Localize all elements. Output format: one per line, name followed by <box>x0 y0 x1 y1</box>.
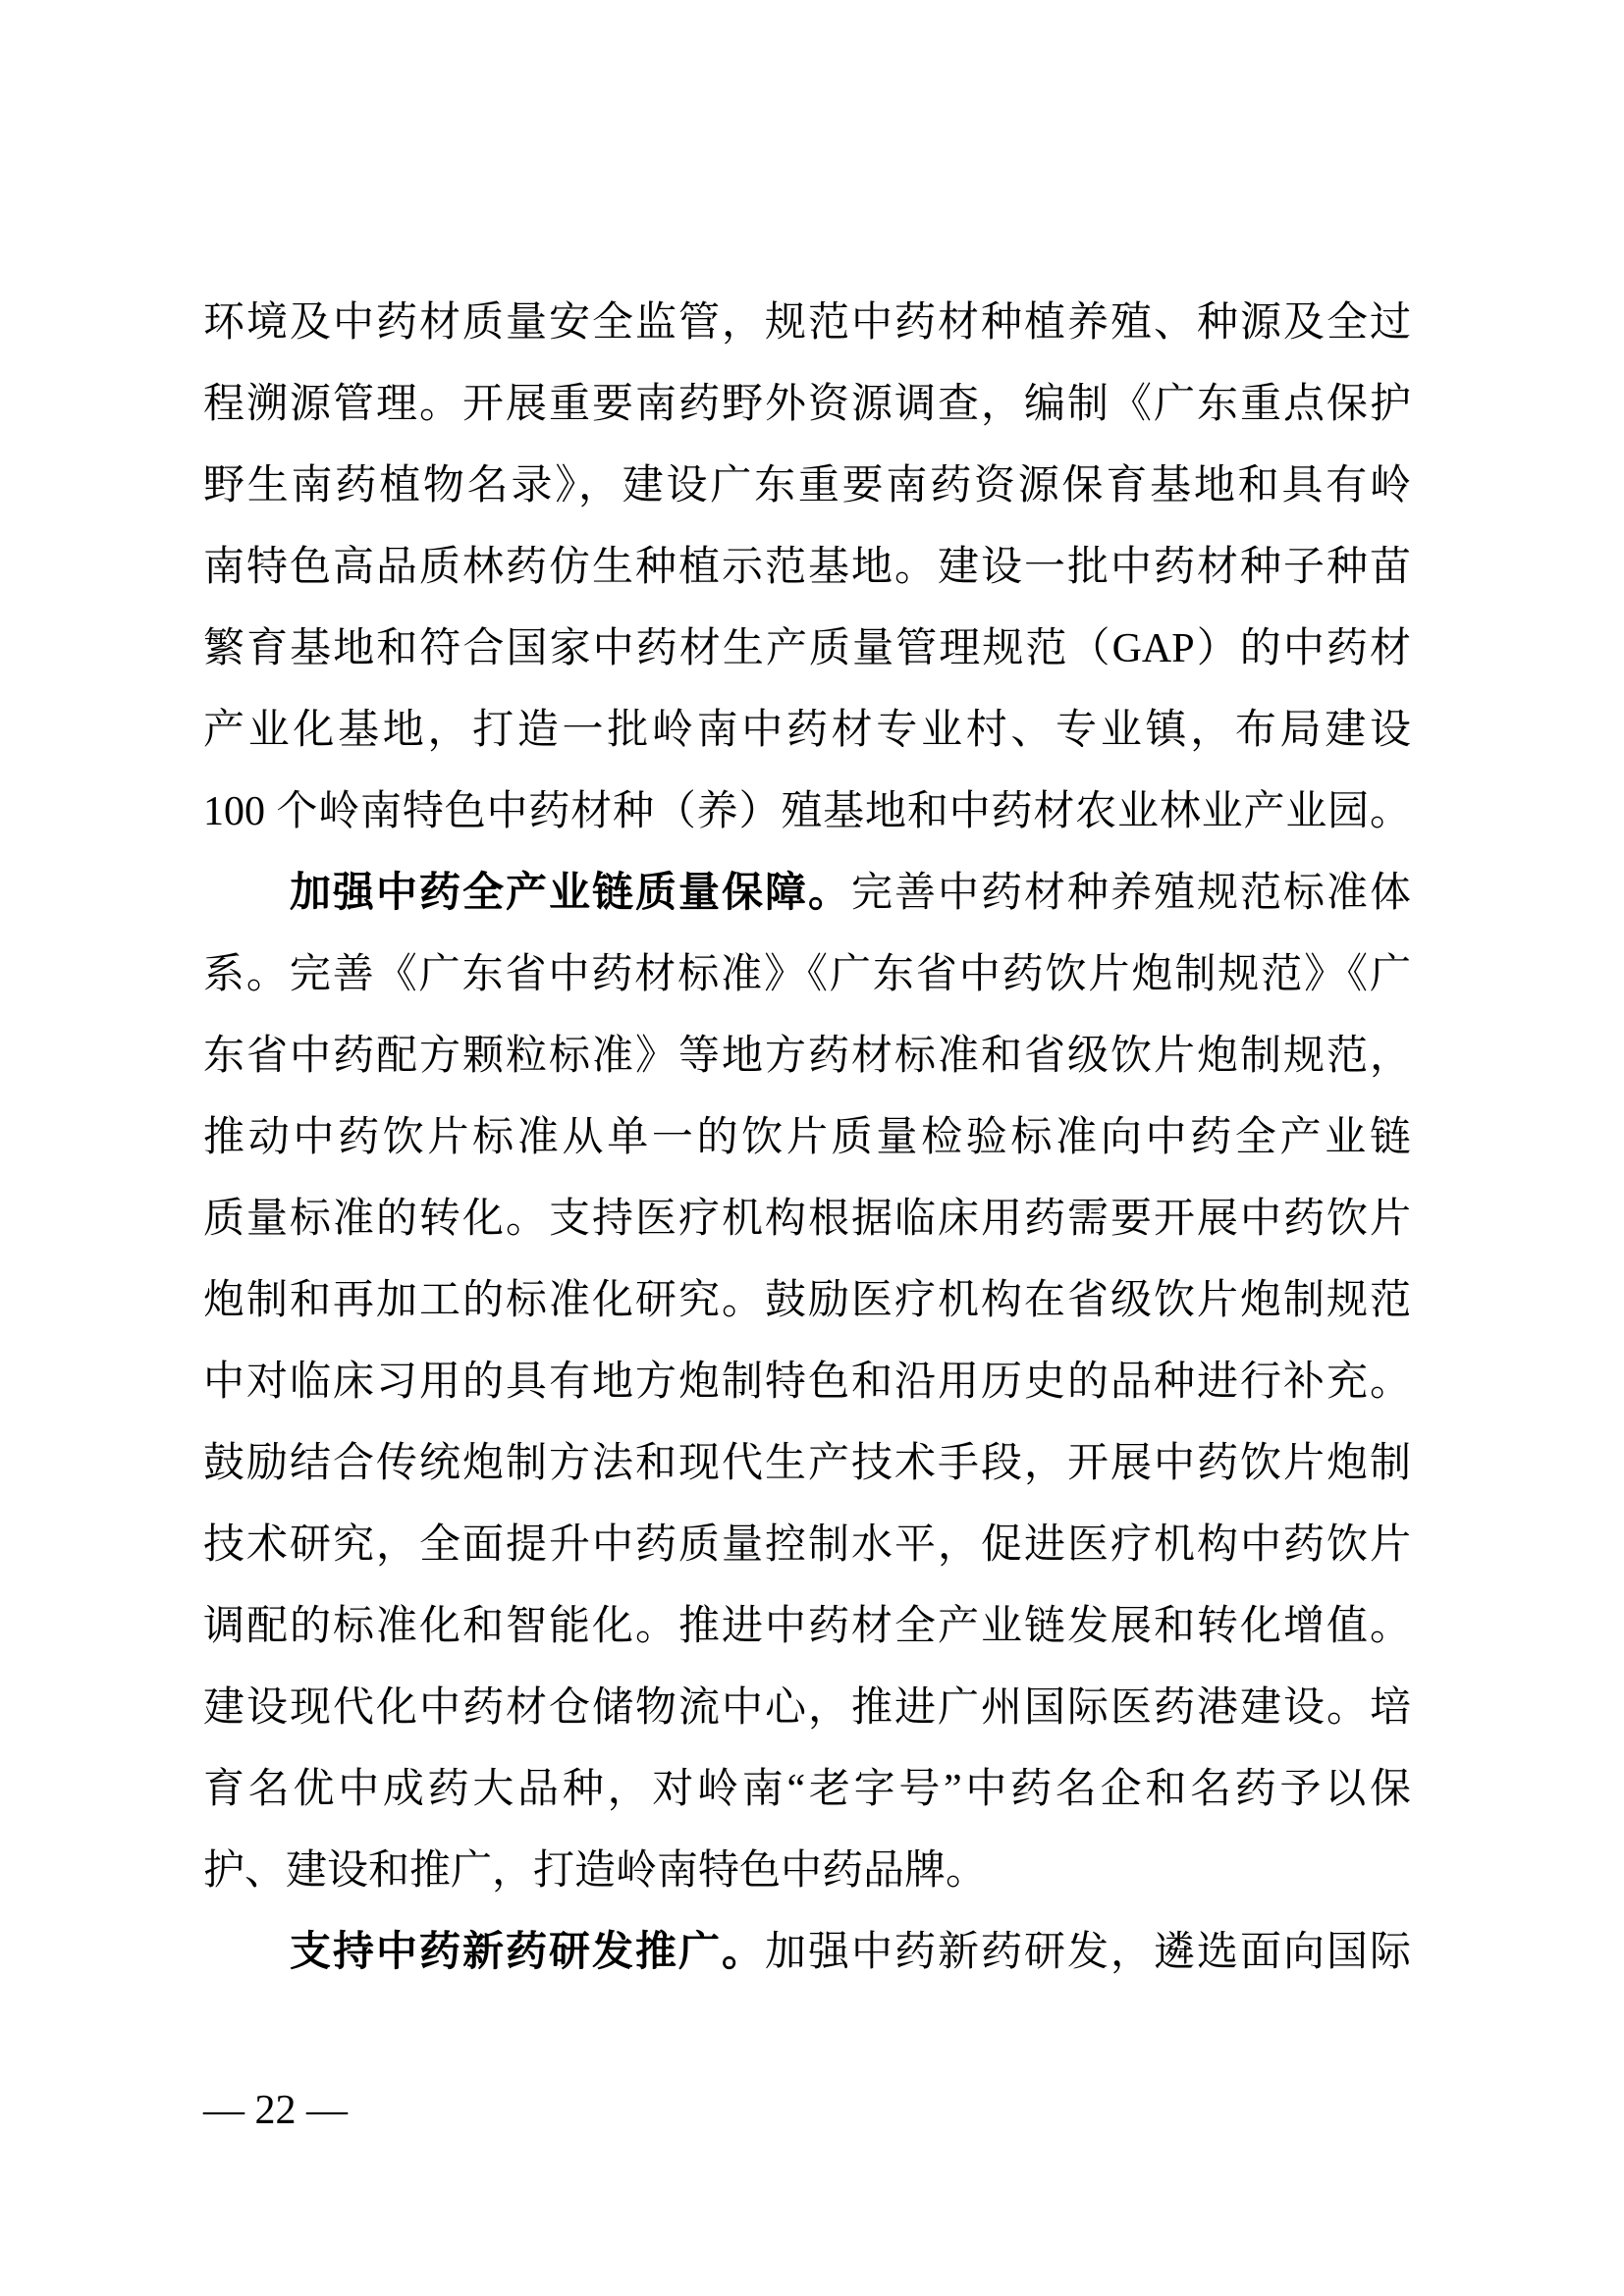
text-line: 鼓励结合传统炮制方法和现代生产技术手段，开展中药饮片炮制 <box>203 1423 1411 1505</box>
text-line: 炮制和再加工的标准化研究。鼓励医疗机构在省级饮片炮制规范 <box>203 1260 1411 1342</box>
text-run: 建设现代化中药材仓储物流中心，推进广州国际医药港建设。培 <box>203 1685 1411 1731</box>
text-run: 鼓励结合传统炮制方法和现代生产技术手段，开展中药饮片炮制 <box>203 1441 1411 1486</box>
document-body: 环境及中药材质量安全监管，规范中药材种植养殖、种源及全过程溯源管理。开展重要南药… <box>203 283 1411 1994</box>
text-run: 繁育基地和符合国家中药材生产质量管理规范（GAP）的中药材 <box>203 626 1411 671</box>
text-run: 护、建设和推广，打造岭南特色中药品牌。 <box>203 1848 987 1894</box>
page-number: — 22 — <box>203 2088 348 2133</box>
text-line: 产业化基地，打造一批岭南中药材专业村、专业镇，布局建设 <box>203 690 1411 772</box>
text-run: 野生南药植物名录》，建设广东重要南药资源保育基地和具有岭 <box>203 463 1411 508</box>
document-page: 环境及中药材质量安全监管，规范中药材种植养殖、种源及全过程溯源管理。开展重要南药… <box>0 0 1624 2296</box>
text-run: 育名优中成药大品种，对岭南“老字号”中药名企和名药予以保 <box>203 1767 1411 1812</box>
text-run: 加强中药新药研发，遴选面向国际 <box>765 1930 1411 1975</box>
text-line: 支持中药新药研发推广。加强中药新药研发，遴选面向国际 <box>203 1912 1411 1994</box>
text-run: 产业化基地，打造一批岭南中药材专业村、专业镇，布局建设 <box>203 708 1411 753</box>
text-run: 系。完善《广东省中药材标准》《广东省中药饮片炮制规范》《广 <box>203 952 1411 997</box>
text-run: 中对临床习用的具有地方炮制特色和沿用历史的品种进行补充。 <box>203 1360 1411 1405</box>
text-line: 环境及中药材质量安全监管，规范中药材种植养殖、种源及全过 <box>203 283 1411 364</box>
text-line: 繁育基地和符合国家中药材生产质量管理规范（GAP）的中药材 <box>203 609 1411 690</box>
text-line: 加强中药全产业链质量保障。完善中药材种养殖规范标准体 <box>203 853 1411 934</box>
page-footer: — 22 — <box>203 2087 348 2134</box>
text-run: 100 个岭南特色中药材种（养）殖基地和中药材农业林业产业园。 <box>203 789 1411 834</box>
text-line: 南特色高品质林药仿生种植示范基地。建设一批中药材种子种苗 <box>203 527 1411 609</box>
text-run: 东省中药配方颗粒标准》等地方药材标准和省级饮片炮制规范， <box>203 1034 1411 1079</box>
text-line: 调配的标准化和智能化。推进中药材全产业链发展和转化增值。 <box>203 1586 1411 1668</box>
text-line: 技术研究，全面提升中药质量控制水平，促进医疗机构中药饮片 <box>203 1505 1411 1586</box>
text-line: 中对临床习用的具有地方炮制特色和沿用历史的品种进行补充。 <box>203 1342 1411 1423</box>
text-run: 调配的标准化和智能化。推进中药材全产业链发展和转化增值。 <box>203 1604 1411 1649</box>
text-line: 系。完善《广东省中药材标准》《广东省中药饮片炮制规范》《广 <box>203 934 1411 1016</box>
text-line: 100 个岭南特色中药材种（养）殖基地和中药材农业林业产业园。 <box>203 772 1411 853</box>
text-run: 南特色高品质林药仿生种植示范基地。建设一批中药材种子种苗 <box>203 545 1411 590</box>
text-line: 推动中药饮片标准从单一的饮片质量检验标准向中药全产业链 <box>203 1097 1411 1179</box>
text-line: 建设现代化中药材仓储物流中心，推进广州国际医药港建设。培 <box>203 1668 1411 1749</box>
text-run: 程溯源管理。开展重要南药野外资源调查，编制《广东重点保护 <box>203 382 1411 427</box>
text-run: 技术研究，全面提升中药质量控制水平，促进医疗机构中药饮片 <box>203 1522 1411 1568</box>
text-run: 炮制和再加工的标准化研究。鼓励医疗机构在省级饮片炮制规范 <box>203 1278 1411 1323</box>
text-line: 质量标准的转化。支持医疗机构根据临床用药需要开展中药饮片 <box>203 1179 1411 1260</box>
text-line: 野生南药植物名录》，建设广东重要南药资源保育基地和具有岭 <box>203 446 1411 527</box>
bold-lead-run: 支持中药新药研发推广。 <box>290 1930 765 1975</box>
text-line: 程溯源管理。开展重要南药野外资源调查，编制《广东重点保护 <box>203 364 1411 446</box>
text-line: 东省中药配方颗粒标准》等地方药材标准和省级饮片炮制规范， <box>203 1016 1411 1097</box>
text-run: 质量标准的转化。支持医疗机构根据临床用药需要开展中药饮片 <box>203 1197 1411 1242</box>
text-run: 完善中药材种养殖规范标准体 <box>851 871 1411 916</box>
text-run: 环境及中药材质量安全监管，规范中药材种植养殖、种源及全过 <box>203 300 1411 346</box>
text-run: 推动中药饮片标准从单一的饮片质量检验标准向中药全产业链 <box>203 1115 1411 1160</box>
text-line: 护、建设和推广，打造岭南特色中药品牌。 <box>203 1831 1411 1912</box>
bold-lead-run: 加强中药全产业链质量保障。 <box>290 871 851 916</box>
text-line: 育名优中成药大品种，对岭南“老字号”中药名企和名药予以保 <box>203 1749 1411 1831</box>
